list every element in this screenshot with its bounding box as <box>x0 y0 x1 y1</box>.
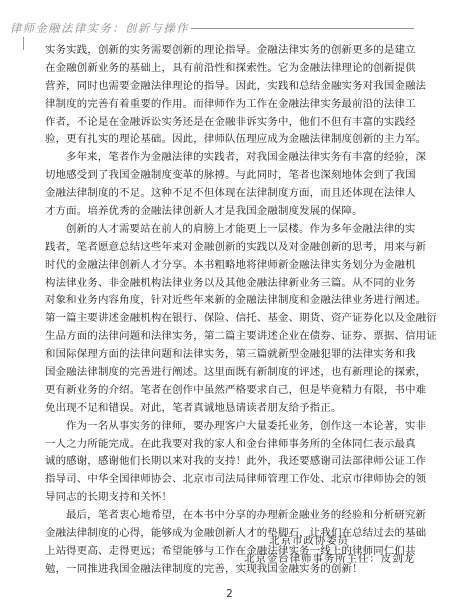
text-line: 更有新业务的介绍。笔者在创作中虽然严格要求自己，但是毕竟精力有限，书中难 <box>45 382 415 400</box>
text-line: 一人之力所能完成。在此我要对我的家人和金台律师事务所的全体同仁表示最真 <box>45 436 415 454</box>
signature-name: 北京金台律师事务所主任：皮剑龙 <box>45 550 415 568</box>
text-line: 在金融创新业务的基础上，具有前沿性和探索性。它为金融法律理论的创新提供 <box>45 60 415 78</box>
text-line: 国金融法律制度的完善进行阐述。这里面既有新制度的评述，也有新理论的探索， <box>45 364 415 382</box>
text-line: 营养，同时也需要金融法律理论的指导。因此，实践和总结金融实务对我国金融法 <box>45 78 415 96</box>
paragraph: 多年来，笔者作为金融法律的实践者，对我国金融法律实务有丰富的经验，深切地感受到了… <box>45 149 415 221</box>
text-line: 免出现不足和错误。对此，笔者真诚地恳请读者朋友给予指正。 <box>45 400 415 418</box>
margin-tick <box>23 37 24 50</box>
text-line: 和国际保理方面的法律问题和法律实务，第三篇就新型金融犯罪的法律实务和我 <box>45 346 415 364</box>
text-line: 创新的人才需要站在前人的肩膀上才能更上一层楼。作为多年金融法律的实 <box>45 221 415 239</box>
paragraph: 创新的人才需要站在前人的肩膀上才能更上一层楼。作为多年金融法律的实践者，笔者愿意… <box>45 221 415 418</box>
text-line: 导同志的长期支持和关怀！ <box>45 489 415 507</box>
text-line: 作者，不论是在金融诉讼实务还是在金融非诉实务中，他们不但有丰富的实践经 <box>45 114 415 132</box>
text-line: 验，更有扎实的理论基础。因此，律师队伍理应成为金融法律制度创新的主力军。 <box>45 131 415 149</box>
header-rule <box>191 28 414 29</box>
text-line: 多年来，笔者作为金融法律的实践者，对我国金融法律实务有丰富的经验，深 <box>45 149 415 167</box>
running-header-title: 律师金融法律实务：创新与操作 <box>10 20 189 36</box>
text-line: 律制度的完善有着重要的作用。而律师作为工作在金融法律实务最前沿的法律工 <box>45 96 415 114</box>
text-line: 才方面。培养优秀的金融法律创新人才是我国金融制度发展的保障。 <box>45 203 415 221</box>
paragraph: 作为一名从事实务的律师，要办理客户大量委托业务，创作这一本论著，实非一人之力所能… <box>45 418 415 507</box>
page-number: 2 <box>0 588 459 600</box>
text-line: 金融法律制度的不足。这种不足不但体现在法律制度方面，而且还体现在法律人 <box>45 185 415 203</box>
text-line: 时代的金融法律创新人才分享。本书粗略地将律师新金融法律实务划分为金融机 <box>45 257 415 275</box>
text-line: 生品方面的法律问题和法律实务，第二篇主要讲述企业在债券、证券、票据、信用证 <box>45 328 415 346</box>
text-line: 构法律业务、非金融机构法律业务以及其他金融法律新业务三篇。从不同的业务 <box>45 275 415 293</box>
text-line: 践者，笔者愿意总结这些年来对金融创新的实践以及对金融创新的思考，用来与新 <box>45 239 415 257</box>
text-line: 第一篇主要讲述金融机构在银行、保险、信托、基金、期货、资产证券化以及金融衍 <box>45 310 415 328</box>
text-line: 作为一名从事实务的律师，要办理客户大量委托业务，创作这一本论著，实非 <box>45 418 415 436</box>
text-line: 实务实践，创新的实务需要创新的理论指导。金融法律实务的创新更多的是建立 <box>45 42 415 60</box>
text-line: 切地感受到了我国金融制度变革的脉搏。与此同时，笔者也深刻地体会到了我国 <box>45 167 415 185</box>
signature-block: 北京市政协委员 北京金台律师事务所主任：皮剑龙 <box>45 532 415 568</box>
text-line: 对象和业务内容角度，针对近些年来新的金融法律制度和金融法律业务进行阐述。 <box>45 292 415 310</box>
paragraph: 实务实践，创新的实务需要创新的理论指导。金融法律实务的创新更多的是建立在金融创新… <box>45 42 415 149</box>
preface-body: 实务实践，创新的实务需要创新的理论指导。金融法律实务的创新更多的是建立在金融创新… <box>45 42 415 579</box>
signature-title: 北京市政协委员 <box>45 532 415 550</box>
running-header: 律师金融法律实务：创新与操作 <box>10 21 414 35</box>
text-line: 诚的感谢，感谢他们长期以来对我的支持！此外，我还要感谢司法部律师公证工作 <box>45 453 415 471</box>
text-line: 最后，笔者衷心地希望，在本书中分享的办理新金融业务的经验和分析研究新 <box>45 507 415 525</box>
text-line: 指导司、中华全国律师协会、北京市司法局律师管理工作处、北京市律师协会的领 <box>45 471 415 489</box>
